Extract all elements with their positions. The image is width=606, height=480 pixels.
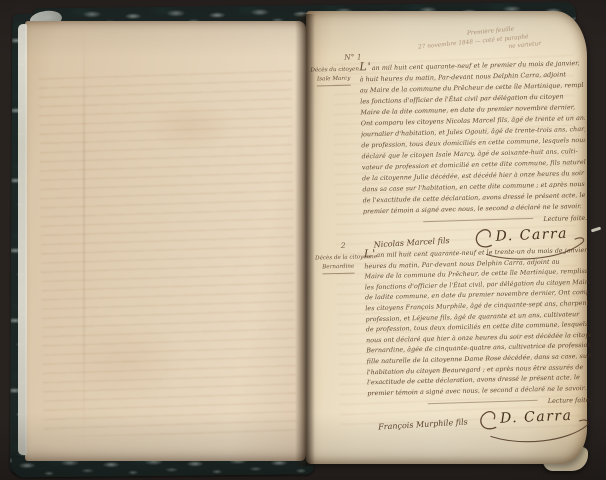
right-manuscript-page: Première feuille 27 novembre 1848 — coté… [306,11,587,464]
scanned-register-spread: Première feuille 27 novembre 1848 — coté… [0,0,606,480]
entry-text: L'an mil huit cent quarante-neuf et le p… [359,56,587,217]
officer-signature: D. Carra [470,403,599,446]
entry-number: 2 [341,241,346,250]
page-crease [83,31,85,445]
death-record-entry-1: N° 1 Décès du citoyen Isaïe Marcy L'an m… [310,49,589,268]
margin-note-name: Isaïe Marcy [317,75,351,86]
entry-number: N° 1 [344,52,362,61]
margin-note: Décès de la citoyenne Bernardine [315,253,361,274]
death-record-entry-2: 2 Décès de la citoyenne Bernardine L'an … [315,237,594,450]
signatures-row: François Murphile fils D. Carra [368,405,593,448]
left-blank-page [25,21,306,461]
witness-signature: François Murphile fils [378,418,468,432]
left-page-torn-edge [18,24,27,455]
ink-bleedthrough [38,67,296,436]
margin-note: Décès du citoyen Isaïe Marcy [310,66,356,87]
margin-note-name: Bernardine [322,263,354,274]
handwriting-layer: Première feuille 27 novembre 1848 — coté… [305,5,597,465]
entry-text: L'an mil huit cent quarante-neuf et le t… [364,244,592,400]
